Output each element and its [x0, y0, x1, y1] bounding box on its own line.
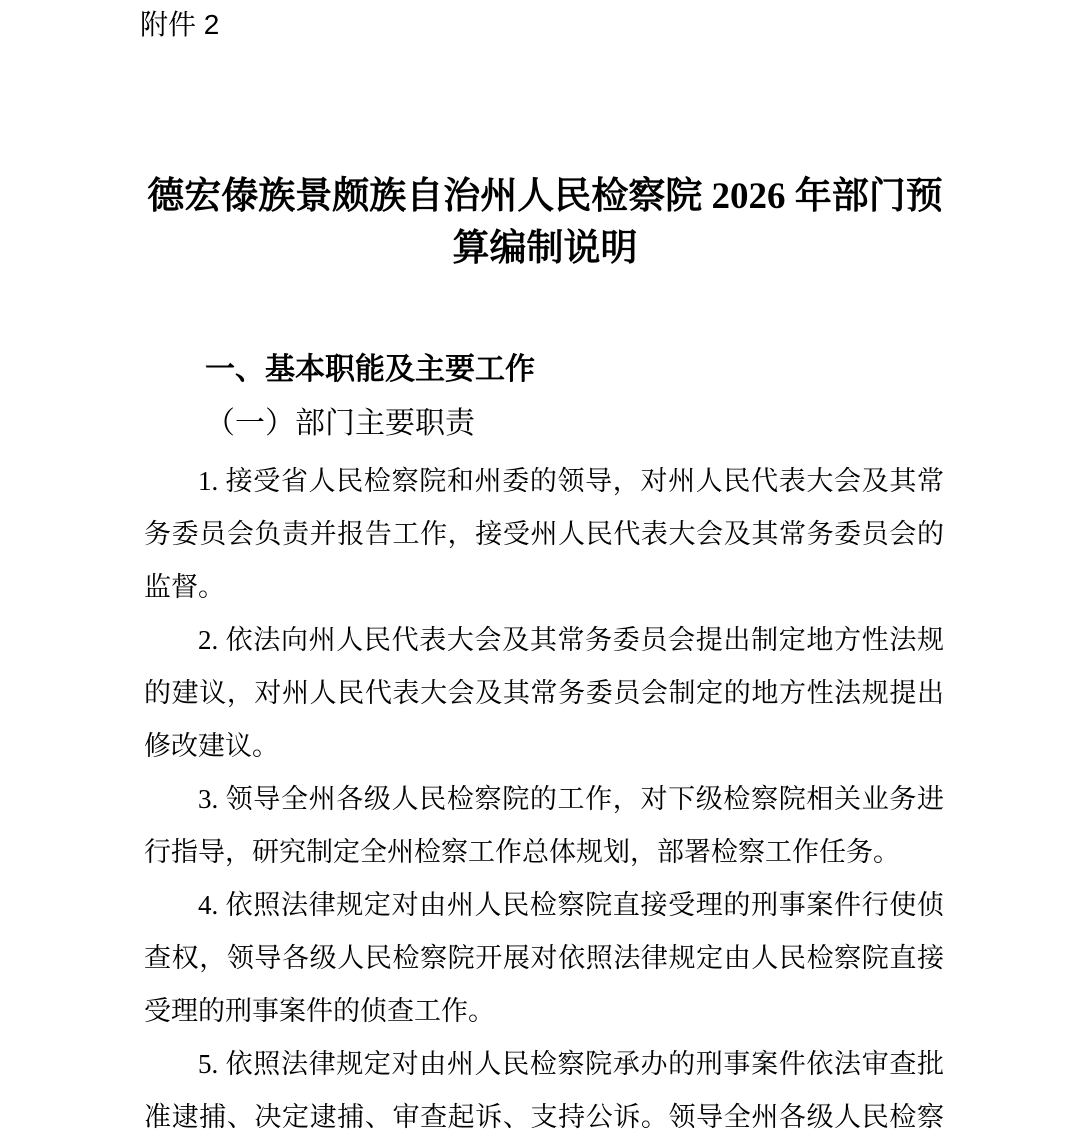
section-heading-basic-functions: 一、基本职能及主要工作: [145, 343, 945, 396]
document-title: 德宏傣族景颇族自治州人民检察院 2026 年部门预 算编制说明: [145, 171, 945, 275]
duty-paragraph-3: 3. 领导全州各级人民检察院的工作，对下级检察院相关业务进行指导，研究制定全州检…: [144, 773, 944, 879]
duty-paragraph-5: 5. 依照法律规定对由州人民检察院承办的刑事案件依法审查批准逮捕、决定逮捕、审查…: [144, 1038, 944, 1144]
document-title-line-2: 算编制说明: [145, 223, 945, 275]
duty-paragraph-2: 2. 依法向州人民代表大会及其常务委员会提出制定地方性法规的建议，对州人民代表大…: [144, 614, 944, 773]
subsection-heading-main-duties: （一）部门主要职责: [145, 397, 945, 450]
attachment-label: 附件 2: [140, 8, 219, 42]
duty-paragraph-1: 1. 接受省人民检察院和州委的领导，对州人民代表大会及其常务委员会负责并报告工作…: [144, 455, 944, 614]
duty-paragraph-4: 4. 依照法律规定对由州人民检察院直接受理的刑事案件行使侦查权，领导各级人民检察…: [144, 879, 944, 1038]
document-page: 附件 2 德宏傣族景颇族自治州人民检察院 2026 年部门预 算编制说明 一、基…: [0, 0, 1074, 1144]
body-paragraphs: 1. 接受省人民检察院和州委的领导，对州人民代表大会及其常务委员会负责并报告工作…: [144, 455, 944, 1144]
document-title-line-1: 德宏傣族景颇族自治州人民检察院 2026 年部门预: [145, 171, 945, 223]
